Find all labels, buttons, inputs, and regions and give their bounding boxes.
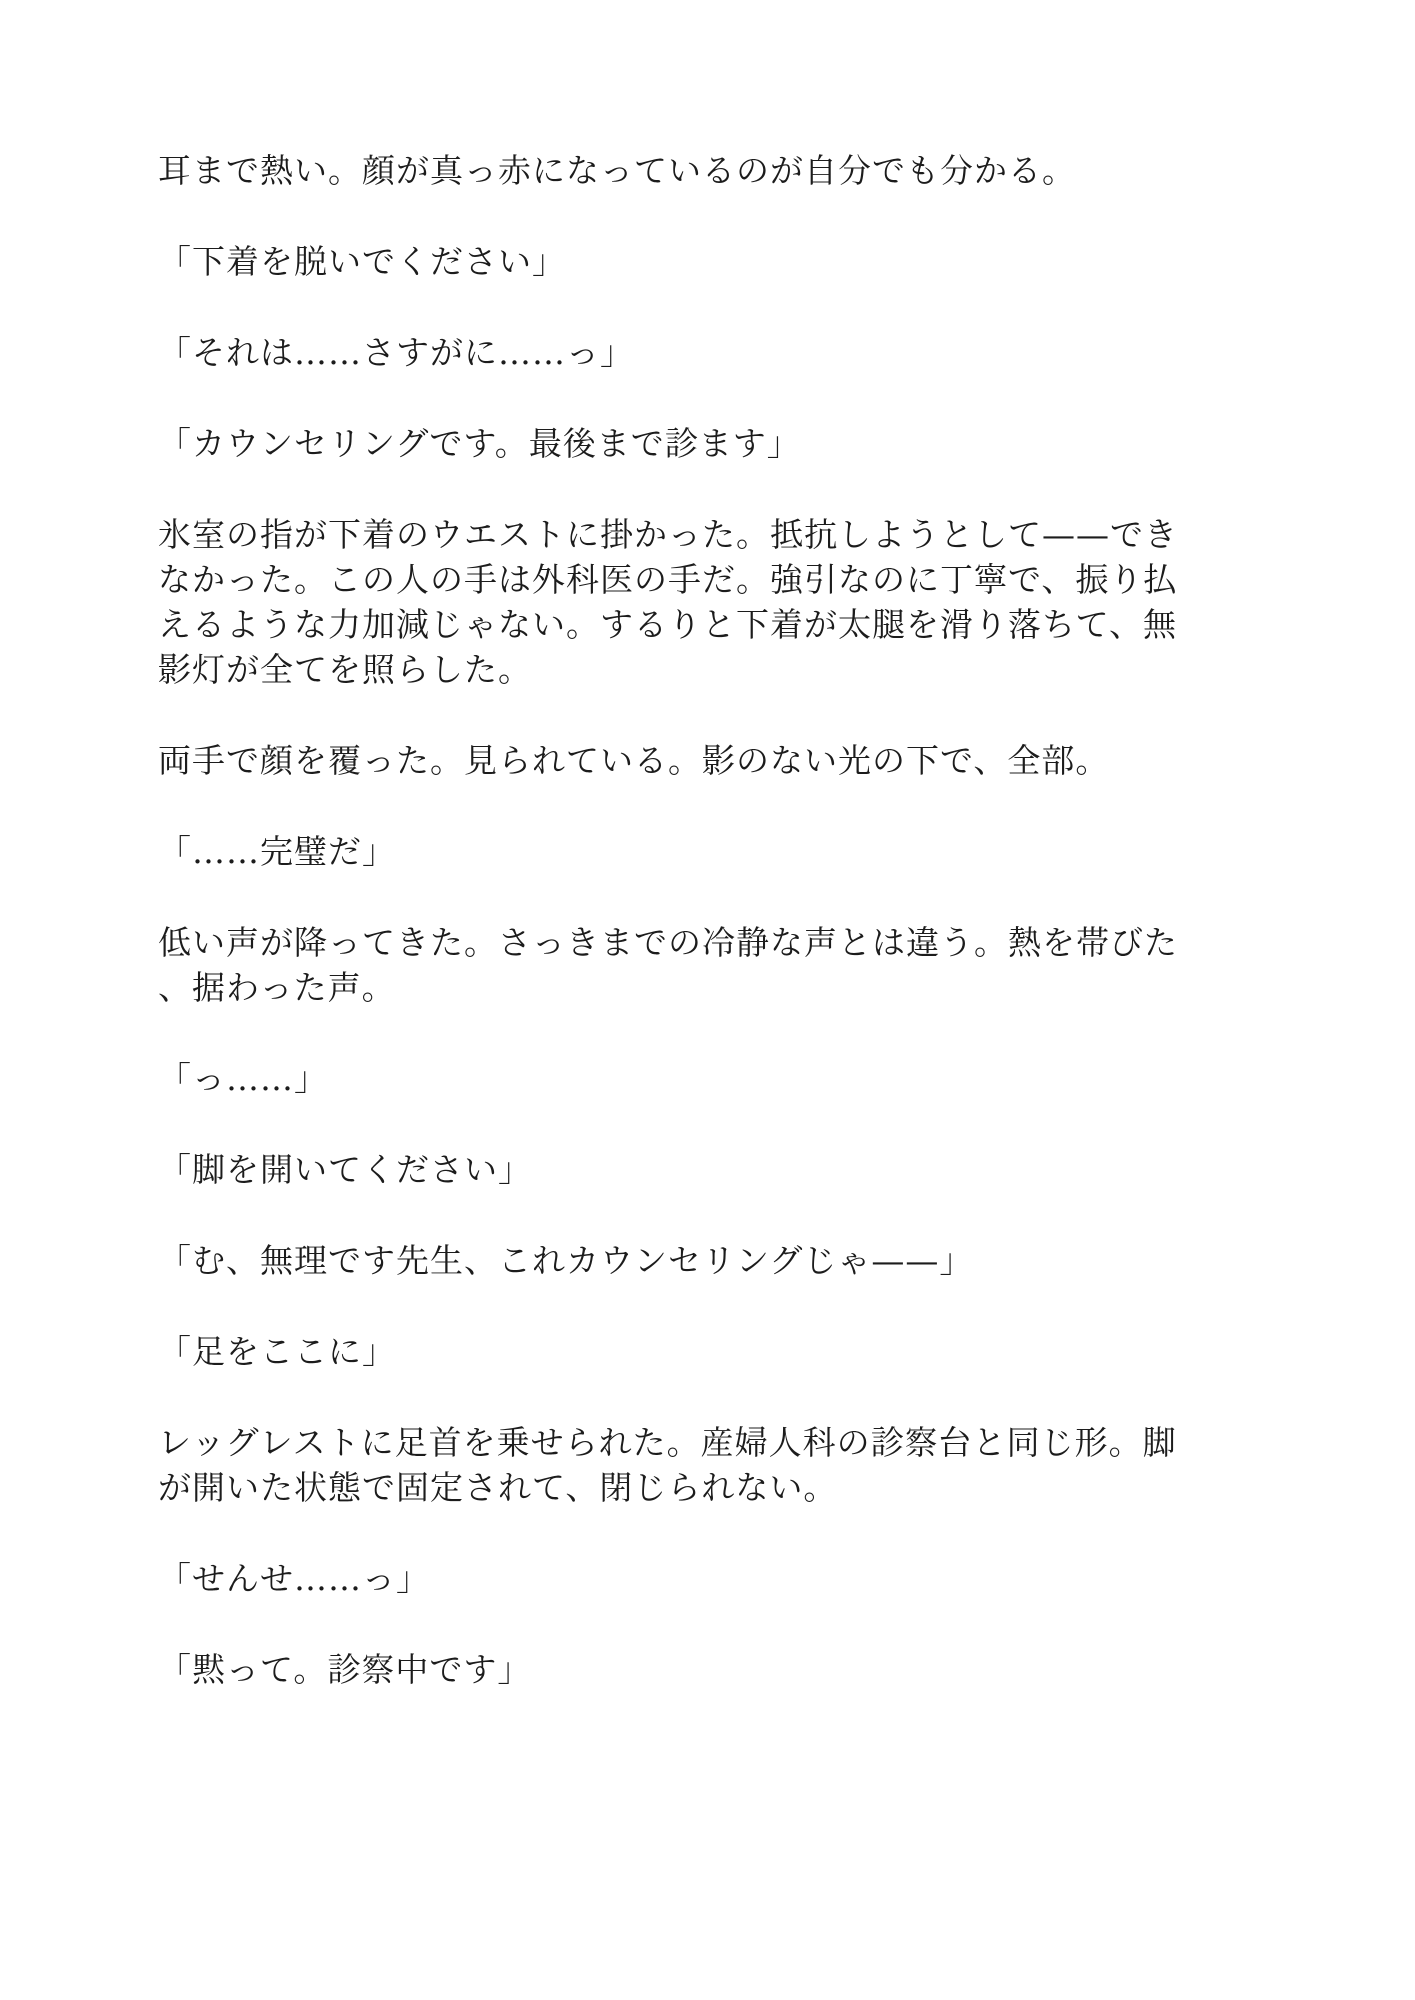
dialogue-line: 「それは……さすがに……っ」 [158, 330, 1186, 375]
dialogue-line: 「……完璧だ」 [158, 829, 1186, 874]
dialogue-line: 「脚を開いてください」 [158, 1147, 1186, 1192]
dialogue-line: 「む、無理です先生、これカウンセリングじゃ——」 [158, 1238, 1186, 1283]
dialogue-line: 「カウンセリングです。最後まで診ます」 [158, 421, 1186, 466]
text-block: 耳まで熱い。顔が真っ赤になっているのが自分でも分かる。 「下着を脱いでください」… [158, 148, 1186, 1692]
paragraph: 両手で顔を覆った。見られている。影のない光の下で、全部。 [158, 738, 1186, 783]
dialogue-line: 「っ……」 [158, 1056, 1186, 1101]
document-page: 耳まで熱い。顔が真っ赤になっているのが自分でも分かる。 「下着を脱いでください」… [0, 0, 1415, 2000]
paragraph: 氷室の指が下着のウエストに掛かった。抵抗しようとして——できなかった。この人の手… [158, 512, 1186, 692]
dialogue-line: 「せんせ……っ」 [158, 1556, 1186, 1601]
dialogue-line: 「黙って。診察中です」 [158, 1647, 1186, 1692]
paragraph: レッグレストに足首を乗せられた。産婦人科の診察台と同じ形。脚が開いた状態で固定さ… [158, 1420, 1186, 1510]
paragraph: 耳まで熱い。顔が真っ赤になっているのが自分でも分かる。 [158, 148, 1186, 193]
dialogue-line: 「足をここに」 [158, 1329, 1186, 1374]
dialogue-line: 「下着を脱いでください」 [158, 239, 1186, 284]
paragraph: 低い声が降ってきた。さっきまでの冷静な声とは違う。熱を帯びた、据わった声。 [158, 920, 1186, 1010]
